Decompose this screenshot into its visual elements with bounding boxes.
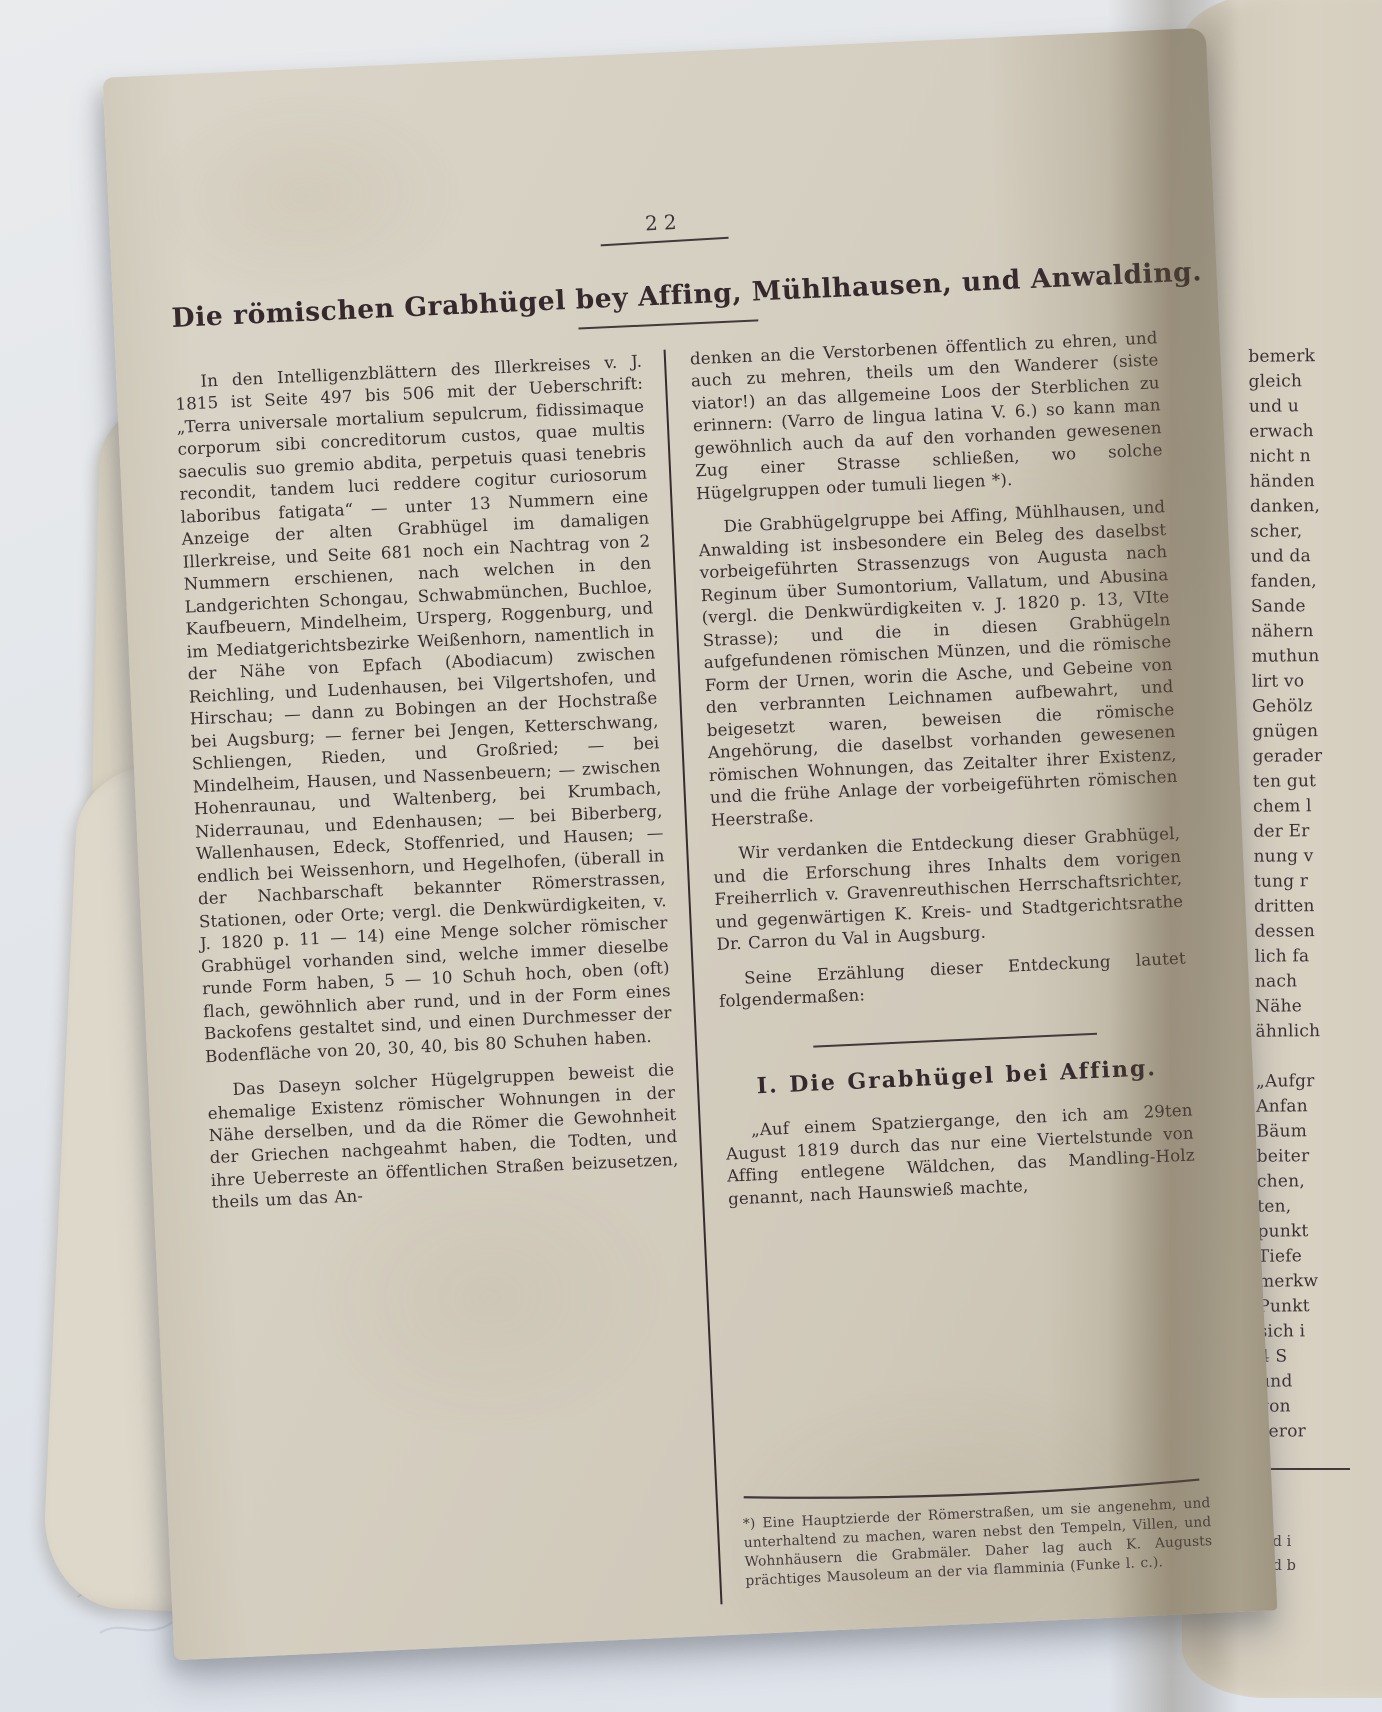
text-line-fragment: und da — [1250, 543, 1382, 570]
text-line-fragment: nung v — [1253, 843, 1382, 870]
text-line-fragment: lirt vo — [1252, 668, 1382, 695]
left-column: In den Intelligenzblättern des Illerkrei… — [174, 350, 720, 1627]
paragraph: denken an die Verstorbenen öffentlich zu… — [690, 327, 1165, 505]
page-content: 22 Die römischen Grabhügel bey Affing, M… — [161, 30, 1224, 1657]
page-number: 22 — [168, 188, 1160, 257]
text-line-fragment: und u — [1249, 393, 1382, 420]
text-line-fragment: nach — [1255, 968, 1382, 995]
footnote-text: *) Eine Hauptzierde der Römerstraßen, um… — [743, 1494, 1214, 1591]
text-line-fragment: seror — [1260, 1418, 1382, 1445]
text-line-fragment: scher, — [1250, 518, 1382, 545]
paragraph: Das Daseyn solcher Hügelgruppen beweist … — [206, 1059, 680, 1215]
text-line-fragment: merkw — [1258, 1268, 1382, 1295]
text-line-fragment: chen, — [1257, 1168, 1382, 1195]
text-line-fragment: der Er — [1253, 818, 1382, 845]
page-number-rule — [601, 237, 729, 247]
text-line-fragment: ten gut — [1253, 768, 1382, 795]
title-rule — [578, 319, 758, 329]
section-heading: I. Die Grabhügel bei Affing. — [722, 1052, 1191, 1103]
text-line-fragment: muthun — [1251, 643, 1382, 670]
text-line-fragment: händen — [1250, 468, 1382, 495]
text-line-fragment: „Aufgr — [1256, 1068, 1382, 1095]
text-columns: In den Intelligenzblättern des Illerkrei… — [174, 327, 1222, 1627]
text-line-fragment: Gehölz — [1252, 693, 1382, 720]
text-line-fragment: nähern — [1251, 618, 1382, 645]
text-line-fragment: von — [1259, 1393, 1382, 1420]
text-line-fragment: tung r — [1254, 868, 1382, 895]
section-rule — [813, 1032, 1097, 1047]
text-line-fragment: dritten — [1254, 893, 1382, 920]
text-line-fragment — [1256, 1043, 1382, 1070]
text-line-fragment: Tiefe — [1258, 1243, 1382, 1270]
text-line-fragment: gleich — [1249, 368, 1382, 395]
text-line-fragment: 4 S — [1259, 1343, 1382, 1370]
text-line-fragment: und — [1259, 1368, 1382, 1395]
paragraph: Die Grabhügelgruppe bei Affing, Mühlhaus… — [697, 496, 1179, 832]
text-line-fragment: ten, — [1257, 1193, 1382, 1220]
text-line-fragment: fanden, — [1251, 568, 1382, 595]
text-line-fragment: erwach — [1249, 418, 1382, 445]
text-line-fragment: nicht n — [1249, 443, 1382, 470]
left-page: 22 Die römischen Grabhügel bey Affing, M… — [103, 28, 1278, 1660]
text-line-fragment: lich fa — [1255, 943, 1382, 970]
text-line-fragment: danken, — [1250, 493, 1382, 520]
text-line-fragment: Bäum — [1256, 1118, 1382, 1145]
text-line-fragment: Nähe — [1255, 993, 1382, 1020]
text-line-fragment: sich i — [1258, 1318, 1382, 1345]
book-photo: bemerkgleichund uerwachnicht nhändendank… — [0, 0, 1382, 1712]
text-line-fragment: gerader — [1252, 743, 1382, 770]
paragraph: In den Intelligenzblättern des Illerkrei… — [174, 351, 673, 1069]
paragraph: „Auf einem Spatziergange, den ich am 29t… — [725, 1100, 1197, 1211]
text-line-fragment: Punkt — [1258, 1293, 1382, 1320]
text-line-fragment: punkt — [1257, 1218, 1382, 1245]
text-line-fragment: beiter — [1257, 1143, 1382, 1170]
text-line-fragment: ähnlich — [1255, 1018, 1382, 1045]
right-column: denken an die Verstorbenen öffentlich zu… — [664, 327, 1214, 1604]
paragraph: Seine Erzählung dieser Entdeckung lautet… — [718, 947, 1188, 1013]
text-line-fragment: gnügen — [1252, 718, 1382, 745]
next-page-text-fragments: bemerkgleichund uerwachnicht nhändendank… — [1248, 343, 1382, 1445]
paragraph: Wir verdanken die Entdeckung dieser Grab… — [712, 823, 1185, 957]
text-line-fragment: bemerk — [1248, 343, 1382, 370]
text-line-fragment: Anfan — [1256, 1093, 1382, 1120]
text-line-fragment: dessen — [1254, 918, 1382, 945]
text-line-fragment: chem l — [1253, 793, 1382, 820]
text-line-fragment: Sande — [1251, 593, 1382, 620]
footnote-block: *) Eine Hauptzierde der Römerstraßen, um… — [742, 1472, 1215, 1603]
